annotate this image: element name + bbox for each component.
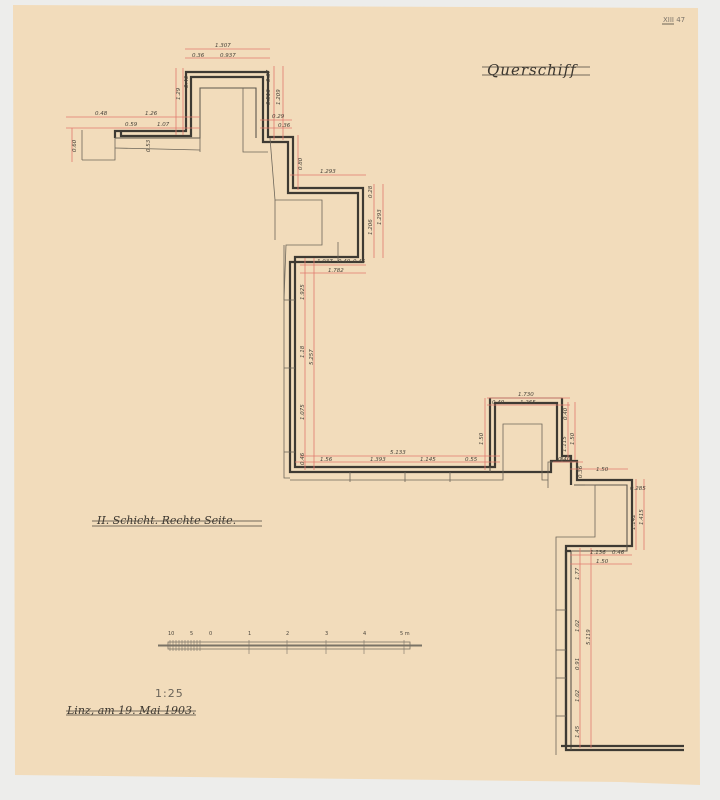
sheet-subtitle: II. Schicht. Rechte Seite.: [96, 514, 236, 527]
dim-label: 1.26: [145, 111, 158, 117]
dim-label: 1.50: [570, 432, 576, 445]
dim-label: 0.60: [72, 139, 78, 152]
dim-label: 1.037: [317, 259, 333, 265]
scale-label: 0: [209, 631, 212, 637]
dim-label: 1.136: [590, 550, 606, 556]
dim-label: 1.782: [328, 268, 344, 274]
dim-label: 1.50: [479, 432, 485, 445]
dim-label: 1.206: [368, 219, 374, 235]
dim-label: 0.937: [220, 53, 236, 59]
dim-label: 0.91: [575, 658, 581, 670]
dim-label: 0.48: [95, 111, 108, 117]
scale-label: 2: [286, 631, 289, 637]
dim-label: 0.36: [278, 123, 291, 129]
scale-label: 5 m: [400, 631, 410, 637]
floor-plan-drawing: 1.307 0.36 0.937 0.48 1.26 0.59 1.07 1.2…: [0, 0, 720, 800]
dim-label: 1.02: [575, 689, 581, 702]
dim-label: 1.02: [575, 619, 581, 632]
dim-label: 0.516: [266, 89, 272, 105]
dim-label: 0.59: [125, 122, 138, 128]
scale-label: 1: [248, 631, 251, 637]
dim-label: 1.07: [157, 122, 170, 128]
dim-label: 1.56: [320, 457, 333, 463]
dim-label: 0.46: [612, 550, 625, 556]
dim-label: 1.18: [300, 345, 306, 358]
dim-label: 1.293: [377, 209, 383, 225]
dim-label: 1.145: [420, 457, 436, 463]
dim-label: 0.40: [492, 400, 505, 406]
dim-label: 0.80: [298, 157, 304, 170]
dim-label: 1.142: [631, 514, 637, 530]
dim-label: 1.50: [596, 467, 609, 473]
drawing-sheet: 1.307 0.36 0.937 0.48 1.26 0.59 1.07 1.2…: [0, 0, 720, 800]
dim-label: 0.53: [146, 139, 152, 152]
dim-label: 1.45: [575, 725, 581, 738]
dim-label: 0.46: [353, 259, 366, 265]
scale-label: 10: [168, 631, 174, 637]
paper-sheet: [13, 5, 700, 785]
sheet-reference: XIII 47: [663, 16, 685, 24]
dim-label: 1.730: [518, 392, 534, 398]
dim-label: 1.115: [562, 436, 568, 452]
dim-label: 5.133: [390, 450, 406, 456]
dim-label: 1.393: [370, 457, 386, 463]
dim-label: 0.37: [266, 69, 272, 82]
dim-label: 1.075: [300, 404, 306, 420]
dim-label: 0.28: [368, 185, 374, 198]
dim-label: 0.29: [272, 114, 285, 120]
dim-label: 1.307: [215, 43, 231, 49]
scale-label: 3: [325, 631, 328, 637]
dim-label: 1.415: [639, 509, 645, 525]
dim-label: 0.46: [184, 75, 190, 88]
dim-label: 0.36: [192, 53, 205, 59]
dim-label: 1.209: [276, 89, 282, 105]
dim-label: 0.40: [338, 259, 351, 265]
dim-label: 0.46: [300, 452, 306, 465]
dim-label: 5.119: [586, 629, 592, 645]
dim-label: 0.40: [563, 407, 569, 420]
dim-label: 1.925: [300, 284, 306, 300]
dim-label: 1.77: [575, 567, 581, 580]
dim-label: 0.55: [465, 457, 478, 463]
sheet-title: Querschiff: [487, 61, 578, 79]
dim-label: 0.36: [578, 465, 584, 478]
dim-label: 5.257: [309, 349, 315, 365]
dim-label: 0.40: [558, 457, 571, 463]
dim-label: 1.265: [520, 400, 536, 406]
dim-label: 0.285: [630, 486, 646, 492]
scale-label: 4: [363, 631, 366, 637]
scale-ratio: 1:25: [155, 687, 184, 700]
dim-label: 1.50: [596, 559, 609, 565]
dim-label: 1.293: [320, 169, 336, 175]
scale-label: 5: [190, 631, 193, 637]
dim-label: 1.29: [176, 87, 182, 100]
